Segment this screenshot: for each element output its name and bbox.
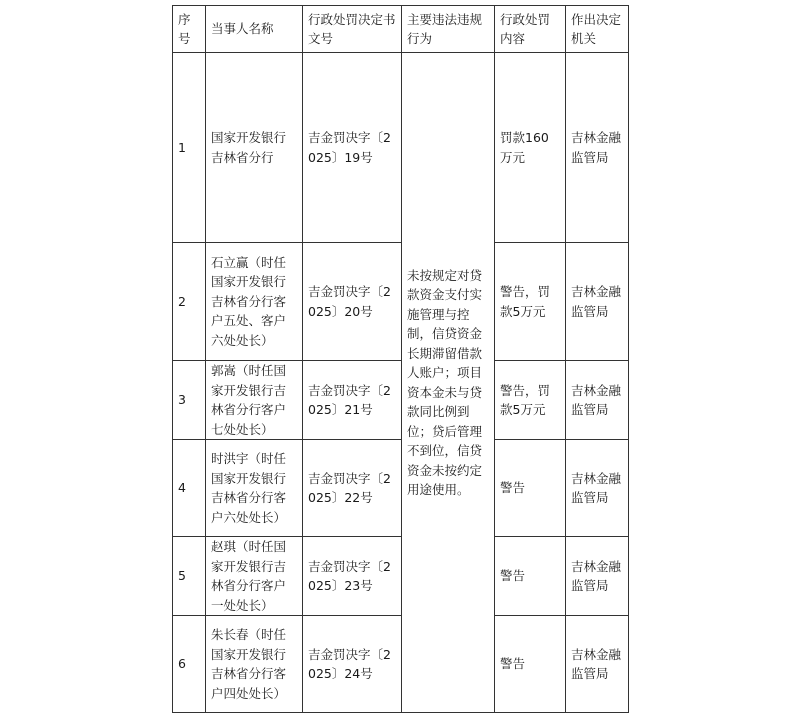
cell-violation: 未按规定对贷款资金支付实施管理与控制，信贷资金长期滞留借款人账户；项目资本金未与… <box>402 53 495 713</box>
cell-content: 警告，罚款5万元 <box>495 361 566 440</box>
table-header: 序号 当事人名称 行政处罚决定书文号 主要违法违规行为 行政处罚内容 作出决定机… <box>173 6 629 53</box>
cell-party: 国家开发银行吉林省分行 <box>206 53 303 243</box>
cell-authority: 吉林金融监管局 <box>566 440 629 537</box>
table-body: 1 国家开发银行吉林省分行 吉金罚决字〔2025〕19号 未按规定对贷款资金支付… <box>173 53 629 713</box>
table-row: 2 石立赢（时任国家开发银行吉林省分行客户五处、客户六处处长） 吉金罚决字〔20… <box>173 243 629 361</box>
cell-no: 4 <box>173 440 206 537</box>
header-violation: 主要违法违规行为 <box>402 6 495 53</box>
cell-party: 朱长春（时任国家开发银行吉林省分行客户四处处长） <box>206 616 303 713</box>
cell-doc-no: 吉金罚决字〔2025〕24号 <box>303 616 402 713</box>
cell-party: 赵琪（时任国家开发银行吉林省分行客户一处处长） <box>206 537 303 616</box>
cell-doc-no: 吉金罚决字〔2025〕23号 <box>303 537 402 616</box>
cell-authority: 吉林金融监管局 <box>566 361 629 440</box>
cell-content: 罚款160万元 <box>495 53 566 243</box>
cell-doc-no: 吉金罚决字〔2025〕20号 <box>303 243 402 361</box>
penalty-table: 序号 当事人名称 行政处罚决定书文号 主要违法违规行为 行政处罚内容 作出决定机… <box>172 5 629 713</box>
header-authority: 作出决定机关 <box>566 6 629 53</box>
cell-no: 2 <box>173 243 206 361</box>
header-no: 序号 <box>173 6 206 53</box>
cell-no: 5 <box>173 537 206 616</box>
header-row: 序号 当事人名称 行政处罚决定书文号 主要违法违规行为 行政处罚内容 作出决定机… <box>173 6 629 53</box>
cell-no: 6 <box>173 616 206 713</box>
header-content: 行政处罚内容 <box>495 6 566 53</box>
cell-content: 警告 <box>495 537 566 616</box>
table-row: 1 国家开发银行吉林省分行 吉金罚决字〔2025〕19号 未按规定对贷款资金支付… <box>173 53 629 243</box>
table-row: 3 郭嵩（时任国家开发银行吉林省分行客户七处处长） 吉金罚决字〔2025〕21号… <box>173 361 629 440</box>
cell-party: 时洪宇（时任国家开发银行吉林省分行客户六处处长） <box>206 440 303 537</box>
cell-authority: 吉林金融监管局 <box>566 537 629 616</box>
cell-content: 警告，罚款5万元 <box>495 243 566 361</box>
cell-doc-no: 吉金罚决字〔2025〕21号 <box>303 361 402 440</box>
table-row: 5 赵琪（时任国家开发银行吉林省分行客户一处处长） 吉金罚决字〔2025〕23号… <box>173 537 629 616</box>
cell-doc-no: 吉金罚决字〔2025〕22号 <box>303 440 402 537</box>
cell-authority: 吉林金融监管局 <box>566 616 629 713</box>
cell-party: 郭嵩（时任国家开发银行吉林省分行客户七处处长） <box>206 361 303 440</box>
table-row: 6 朱长春（时任国家开发银行吉林省分行客户四处处长） 吉金罚决字〔2025〕24… <box>173 616 629 713</box>
header-party: 当事人名称 <box>206 6 303 53</box>
cell-authority: 吉林金融监管局 <box>566 243 629 361</box>
table-row: 4 时洪宇（时任国家开发银行吉林省分行客户六处处长） 吉金罚决字〔2025〕22… <box>173 440 629 537</box>
cell-authority: 吉林金融监管局 <box>566 53 629 243</box>
cell-content: 警告 <box>495 616 566 713</box>
cell-content: 警告 <box>495 440 566 537</box>
cell-no: 3 <box>173 361 206 440</box>
header-doc-no: 行政处罚决定书文号 <box>303 6 402 53</box>
cell-doc-no: 吉金罚决字〔2025〕19号 <box>303 53 402 243</box>
cell-no: 1 <box>173 53 206 243</box>
cell-party: 石立赢（时任国家开发银行吉林省分行客户五处、客户六处处长） <box>206 243 303 361</box>
